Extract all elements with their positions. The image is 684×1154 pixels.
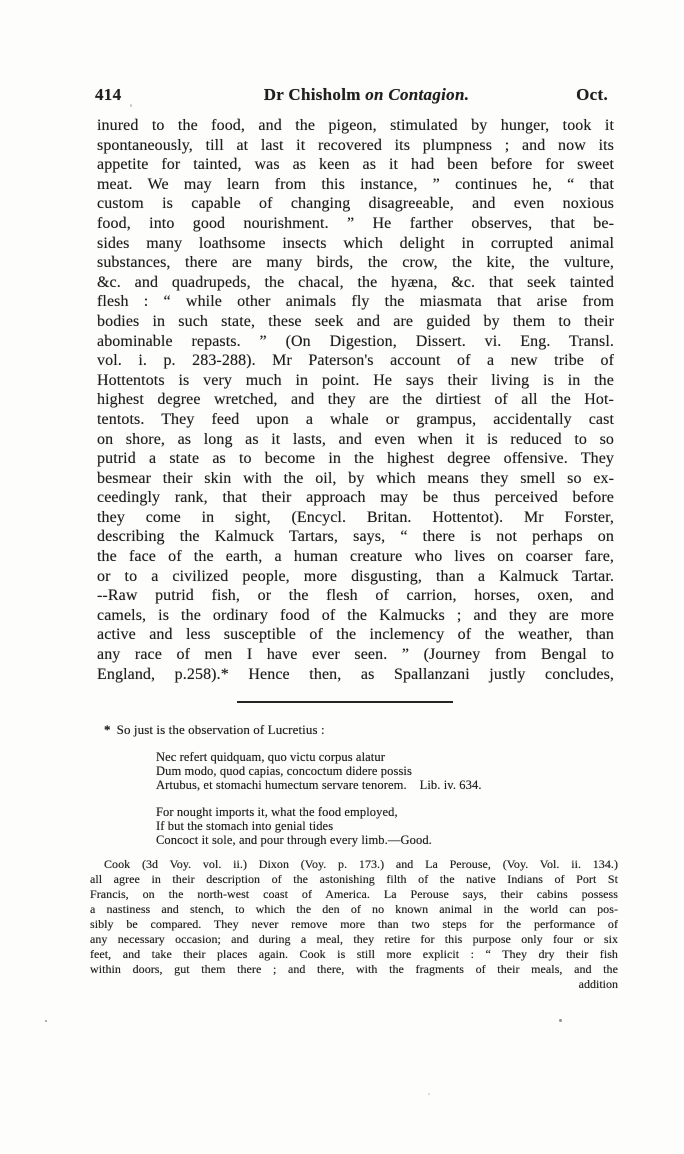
text-line: besmear their skin with the oil, by whic… — [97, 469, 614, 489]
text-line: putrid a state as to become in the highe… — [97, 449, 614, 469]
catchword: addition — [90, 977, 618, 992]
text-line: abominable repasts. ” (On Digestion, Dis… — [97, 332, 614, 352]
text-line: sides many loathsome insects which delig… — [97, 234, 614, 254]
main-text-block: inured to the food, and the pigeon, stim… — [97, 116, 614, 684]
footnote-divider-rule — [237, 701, 453, 703]
footnote-line: within doors, gut them there ; and there… — [90, 962, 618, 977]
footnote-line: all agree in their description of the as… — [90, 872, 618, 887]
footnote-intro-text: So just is the observation of Lucretius … — [117, 722, 325, 737]
text-line: flesh : “ while other animals fly the mi… — [97, 292, 614, 312]
footnote-line: any necessary occasion; and during a mea… — [90, 932, 618, 947]
text-line: appetite for tainted, was as keen as it … — [97, 155, 614, 175]
scan-speck — [130, 104, 132, 107]
scan-speck — [428, 1093, 430, 1095]
text-line: tentots. They feed upon a whale or gramp… — [97, 410, 614, 430]
footnote-line: Cook (3d Voy. vol. ii.) Dixon (Voy. p. 1… — [90, 857, 618, 872]
text-line: describing the Kalmuck Tartars, says, “ … — [97, 527, 614, 547]
footnote-line: feet, and take their places again. Cook … — [90, 947, 618, 962]
running-title-italic: on Contagion. — [365, 85, 469, 104]
text-line: bodies in such state, these seek and are… — [97, 312, 614, 332]
text-line: --Raw putrid fish, or the flesh of carri… — [97, 586, 614, 606]
verse-line: Concoct it sole, and pour through every … — [156, 834, 432, 848]
running-header: 414 Dr Chisholm on Contagion. Oct. — [95, 85, 608, 105]
footnote-line: a nastiness and stench, to which the den… — [90, 902, 618, 917]
text-line: vol. i. p. 283-288). Mr Paterson's accou… — [97, 351, 614, 371]
text-line: inured to the food, and the pigeon, stim… — [97, 116, 614, 136]
text-line: food, into good nourishment. ” He farthe… — [97, 214, 614, 234]
english-verse-block: For nought imports it, what the food emp… — [156, 806, 432, 848]
text-line: England, p.258).* Hence then, as Spallan… — [97, 665, 614, 685]
text-line: Hottentots is very much in point. He say… — [97, 371, 614, 391]
verse-line: Dum modo, quod capias, concoctum didere … — [156, 765, 482, 779]
verse-line: For nought imports it, what the food emp… — [156, 806, 432, 820]
text-line: active and less susceptible of the incle… — [97, 625, 614, 645]
text-line: ceedingly rank, that their approach may … — [97, 488, 614, 508]
text-line: on shore, as long as it lasts, and even … — [97, 430, 614, 450]
footnote-intro: *So just is the observation of Lucretius… — [104, 722, 325, 738]
text-line: the face of the earth, a human creature … — [97, 547, 614, 567]
voyage-footnote-block: Cook (3d Voy. vol. ii.) Dixon (Voy. p. 1… — [90, 857, 618, 977]
scanned-page: 414 Dr Chisholm on Contagion. Oct. inure… — [0, 0, 684, 1154]
text-line: custom is capable of changing disagreeab… — [97, 194, 614, 214]
text-line: highest degree wretched, and they are th… — [97, 390, 614, 410]
verse-line: If but the stomach into genial tides — [156, 820, 432, 834]
running-title: Dr Chisholm on Contagion. — [185, 85, 548, 105]
verse-line: Artubus, et stomachi humectum servare te… — [156, 779, 482, 793]
footnote-asterisk-marker: * — [104, 722, 111, 737]
scan-speck — [45, 1020, 47, 1022]
text-line: they come in sight, (Encycl. Britan. Hot… — [97, 508, 614, 528]
latin-verse-block: Nec refert quidquam, quo victu corpus al… — [156, 751, 482, 793]
page-number: 414 — [95, 85, 185, 105]
text-line: or to a civilized people, more disgustin… — [97, 567, 614, 587]
footnote-line: Francis, on the north-west coast of Amer… — [90, 887, 618, 902]
running-title-roman: Dr Chisholm — [264, 85, 366, 104]
text-line: any race of men I have ever seen. ” (Jou… — [97, 645, 614, 665]
footnote-line: sibly be compared. They never remove mor… — [90, 917, 618, 932]
text-line: camels, is the ordinary food of the Kalm… — [97, 606, 614, 626]
scan-speck — [559, 1019, 562, 1022]
text-line: spontaneously, till at last it recovered… — [97, 136, 614, 156]
issue-date: Oct. — [548, 85, 608, 105]
verse-line: Nec refert quidquam, quo victu corpus al… — [156, 751, 482, 765]
text-line: substances, there are many birds, the cr… — [97, 253, 614, 273]
text-line: meat. We may learn from this instance, ”… — [97, 175, 614, 195]
text-line: &c. and quadrupeds, the chacal, the hyæn… — [97, 273, 614, 293]
